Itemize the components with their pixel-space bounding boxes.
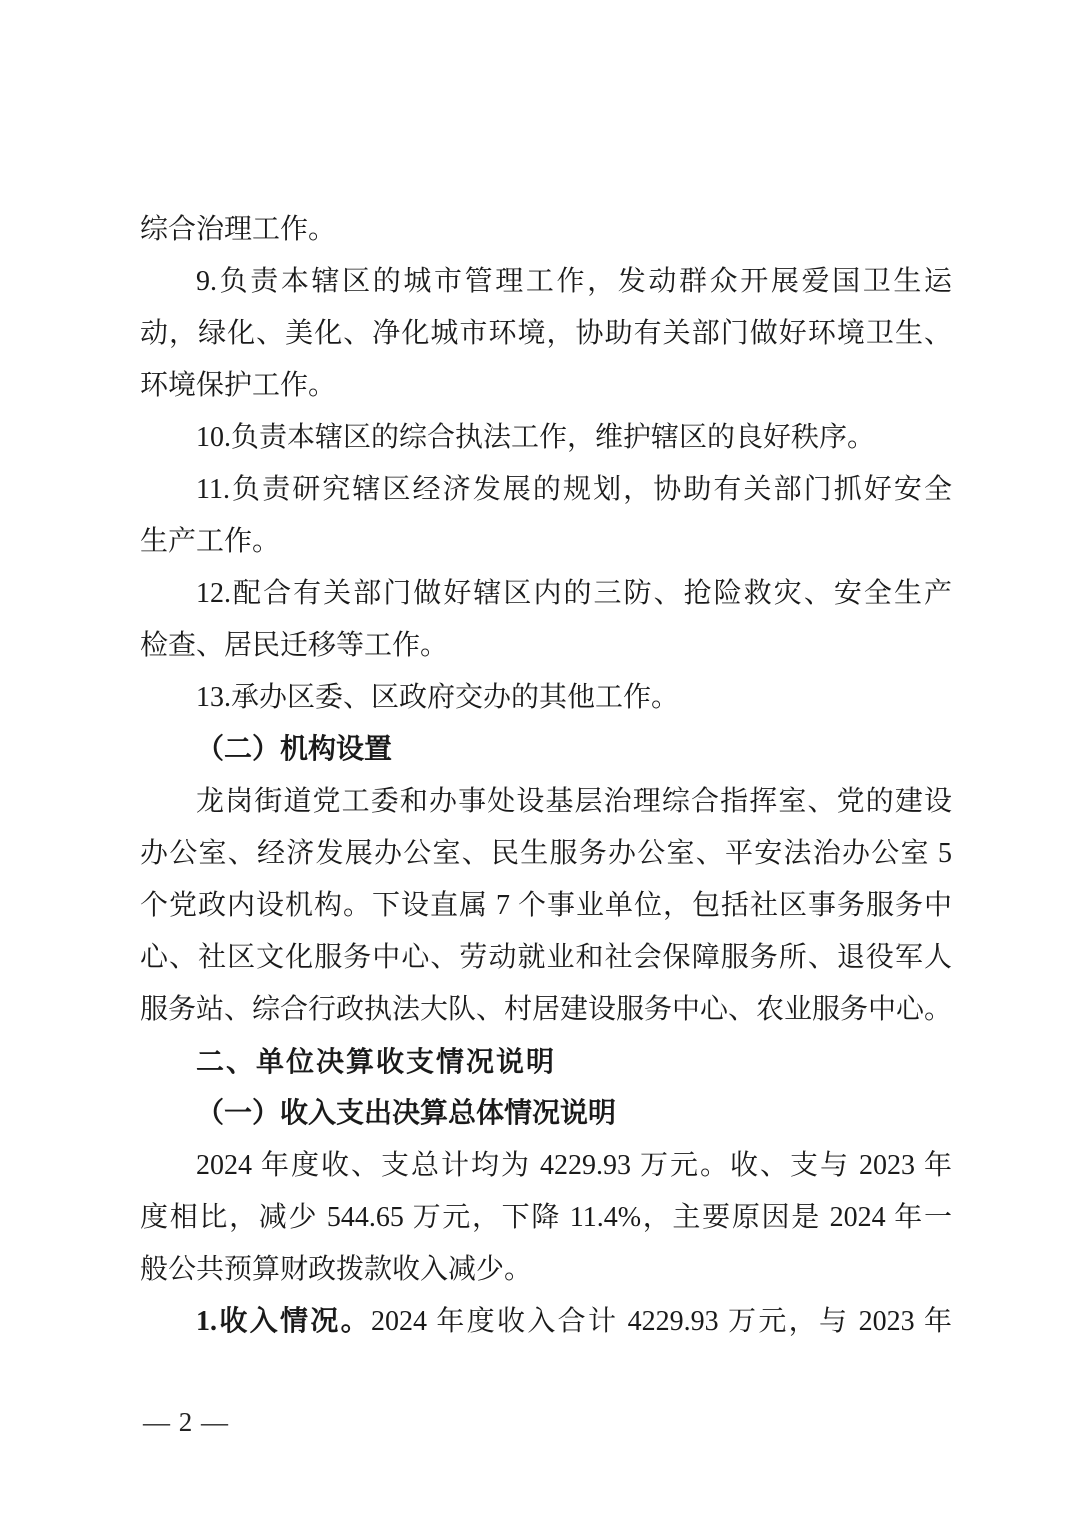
body-line: 动，绿化、美化、净化城市环境，协助有关部门做好环境卫生、 <box>140 308 952 360</box>
body-line: 13.承办区委、区政府交办的其他工作。 <box>140 672 952 724</box>
body-line: 般公共预算财政拨款收入减少。 <box>140 1244 952 1296</box>
body-line-income-status: 1.收入情况。2024 年度收入合计 4229.93 万元，与 2023 年 <box>140 1296 952 1348</box>
body-line: 9.负责本辖区的城市管理工作，发动群众开展爱国卫生运 <box>140 256 952 308</box>
body-line: 服务站、综合行政执法大队、村居建设服务中心、农业服务中心。 <box>140 984 952 1036</box>
income-status-text: 2024 年度收入合计 4229.93 万元，与 2023 年 <box>371 1306 952 1337</box>
body-line: 度相比，减少 544.65 万元，下降 11.4%，主要原因是 2024 年一 <box>140 1192 952 1244</box>
body-line: 龙岗街道党工委和办事处设基层治理综合指挥室、党的建设 <box>140 776 952 828</box>
body-line: 个党政内设机构。下设直属 7 个事业单位，包括社区事务服务中 <box>140 880 952 932</box>
body-line: 10.负责本辖区的综合执法工作，维护辖区的良好秩序。 <box>140 412 952 464</box>
income-status-lead-label: 1.收入情况。 <box>196 1306 371 1337</box>
section-heading-budget-summary: 二、单位决算收支情况说明 <box>140 1036 952 1088</box>
body-line: 生产工作。 <box>140 516 952 568</box>
subsection-heading-org-setup: （二）机构设置 <box>140 724 952 776</box>
subsection-heading-overall-status: （一）收入支出决算总体情况说明 <box>140 1088 952 1140</box>
page-number: — 2 — <box>143 1402 229 1442</box>
document-body: 综合治理工作。 9.负责本辖区的城市管理工作，发动群众开展爱国卫生运 动，绿化、… <box>140 204 952 1348</box>
body-line: 2024 年度收、支总计均为 4229.93 万元。收、支与 2023 年 <box>140 1140 952 1192</box>
body-line: 11.负责研究辖区经济发展的规划，协助有关部门抓好安全 <box>140 464 952 516</box>
body-line: 综合治理工作。 <box>140 204 952 256</box>
body-line: 办公室、经济发展办公室、民生服务办公室、平安法治办公室 5 <box>140 828 952 880</box>
body-line: 检查、居民迁移等工作。 <box>140 620 952 672</box>
body-line: 环境保护工作。 <box>140 360 952 412</box>
body-line: 12.配合有关部门做好辖区内的三防、抢险救灾、安全生产 <box>140 568 952 620</box>
document-page: 综合治理工作。 9.负责本辖区的城市管理工作，发动群众开展爱国卫生运 动，绿化、… <box>0 0 1075 1520</box>
body-line: 心、社区文化服务中心、劳动就业和社会保障服务所、退役军人 <box>140 932 952 984</box>
